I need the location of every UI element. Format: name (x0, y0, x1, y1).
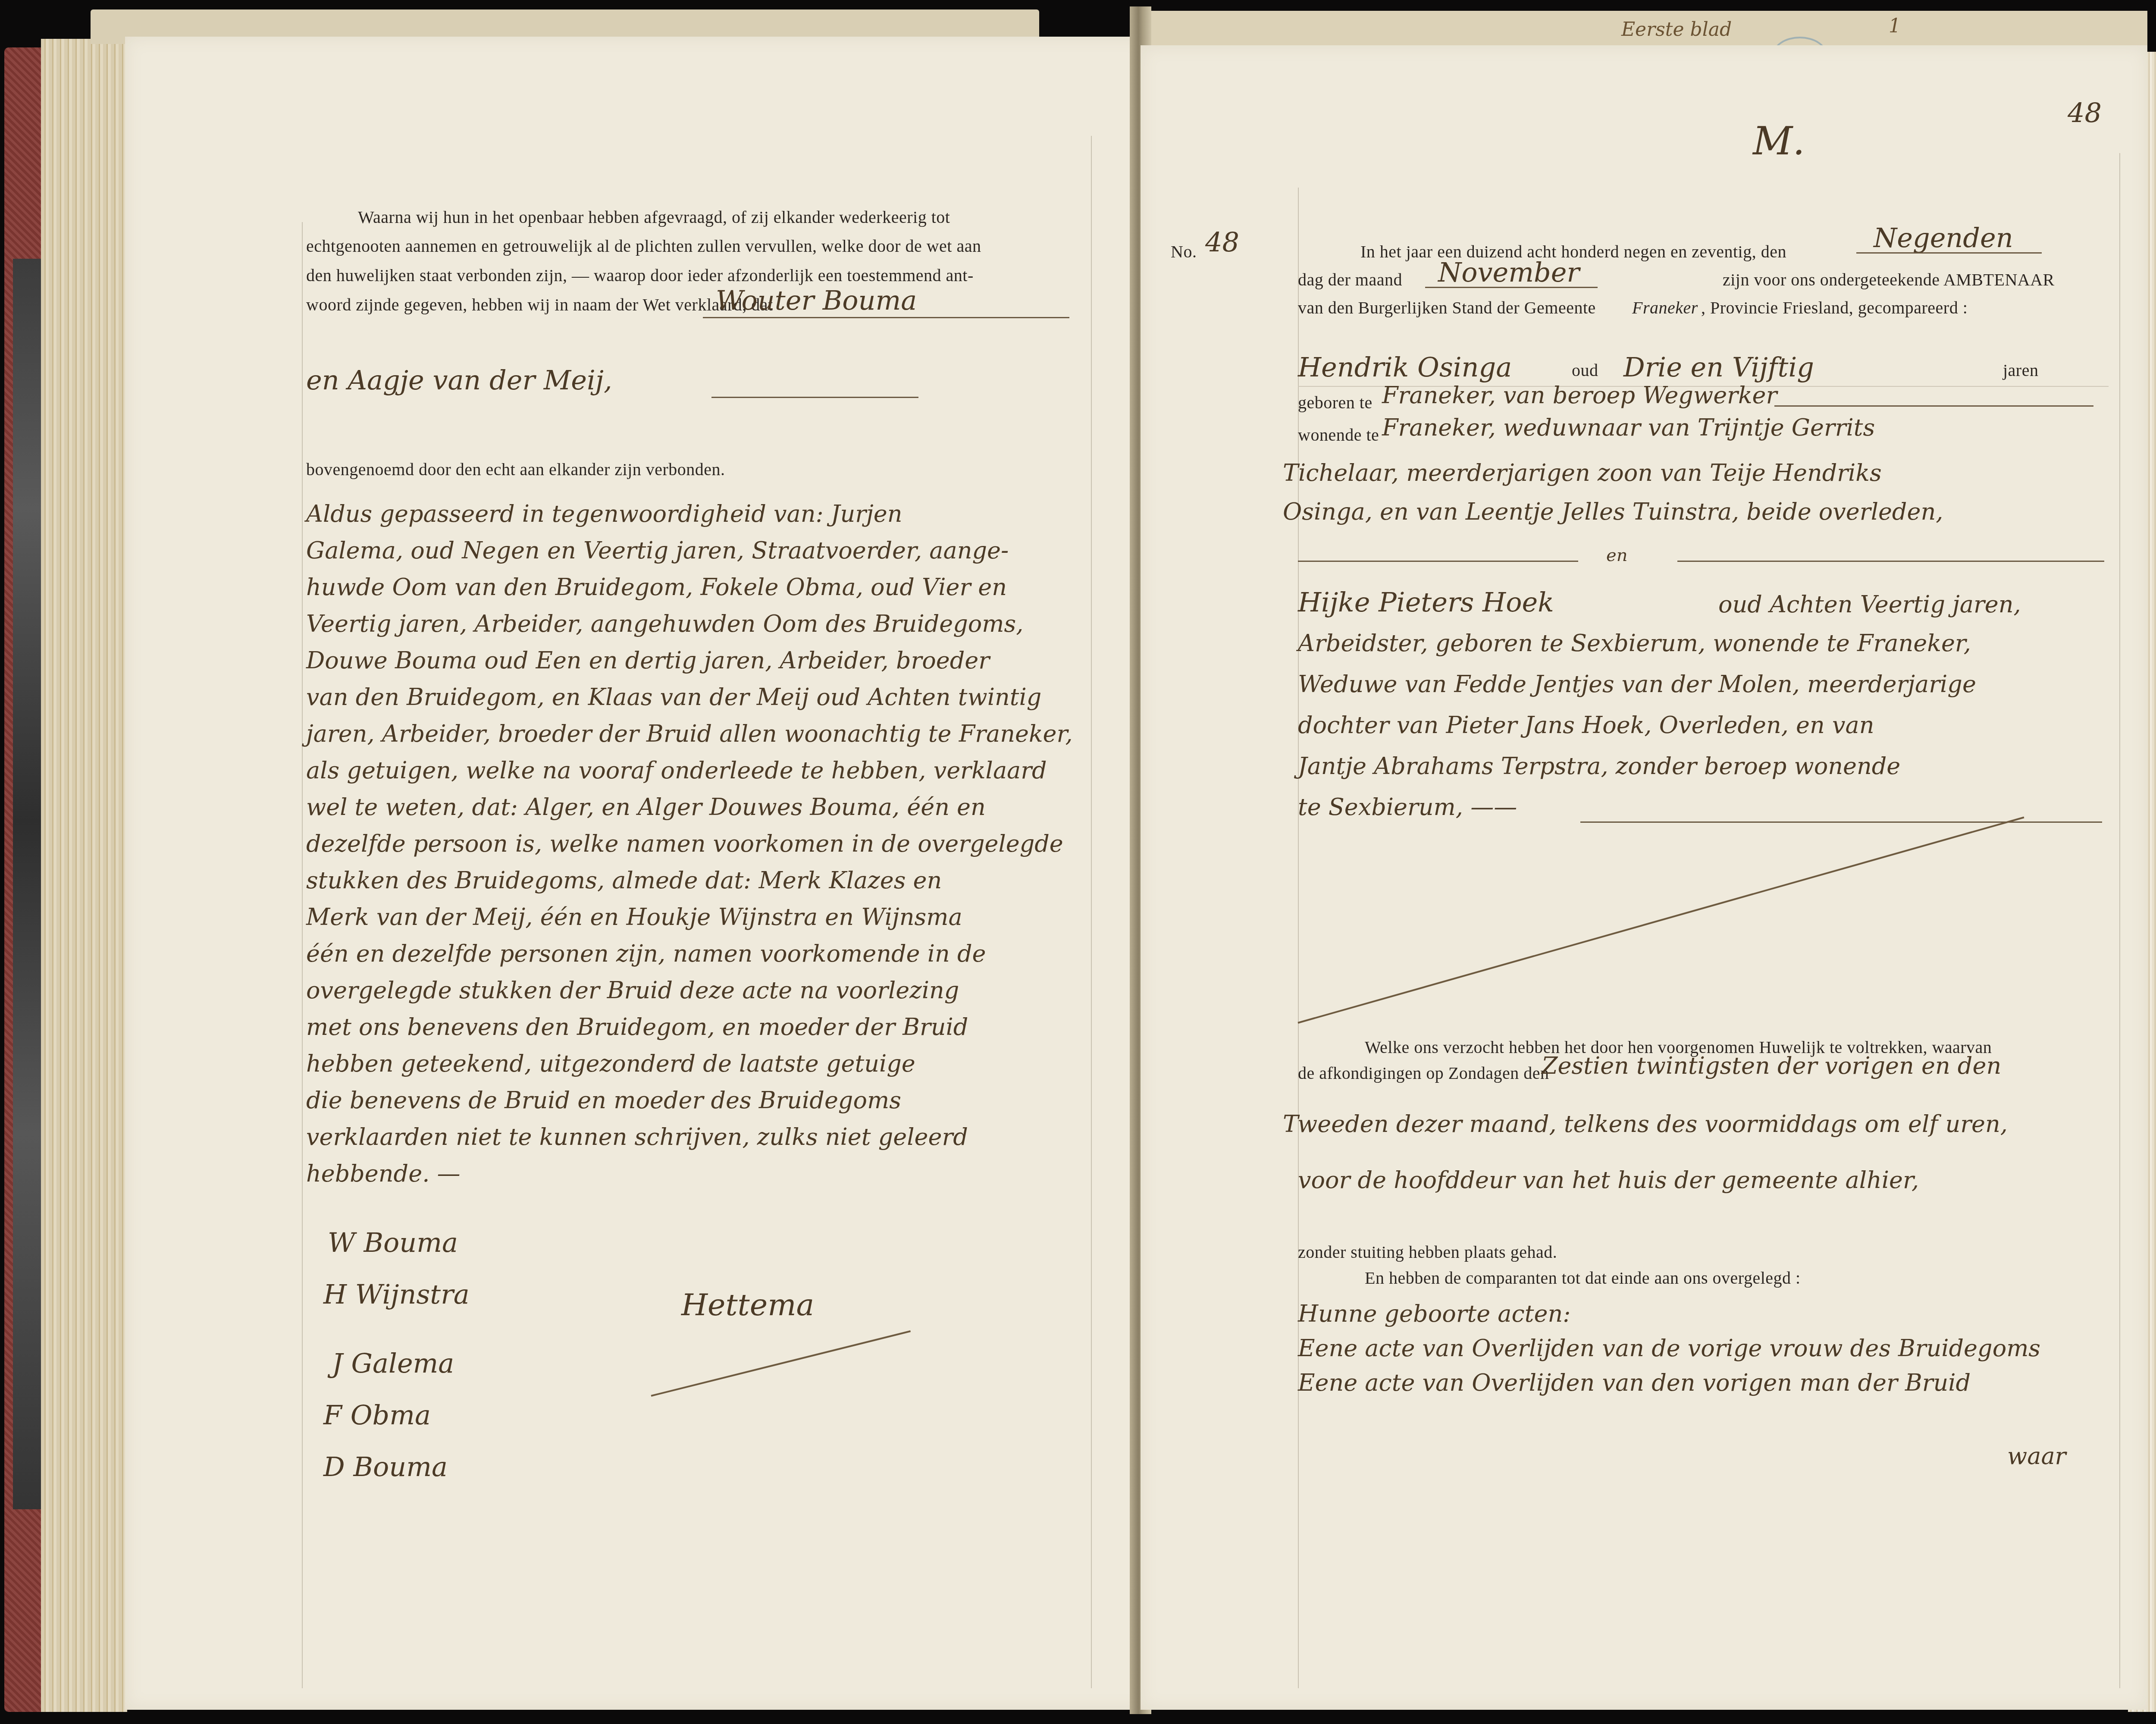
groom-age: Drie en Vijftig (1623, 351, 1814, 383)
void-diagonal-line (1297, 817, 2024, 1024)
banns-dates: Zestien twintigsten der vorigen en den (1542, 1052, 2001, 1079)
groom-line-4: Osinga, en van Leentje Jelles Tuinstra, … (1283, 498, 1943, 525)
left-page: Waarna wij hun in het openbaar hebben af… (125, 37, 1149, 1710)
body-line: huwde Oom van den Bruidegom, Fokele Obma… (306, 574, 1007, 601)
document-item: Hunne geboorte acten: (1298, 1300, 1570, 1327)
printed-line-4: woord zijnde gegeven, hebben wij in naam… (306, 295, 773, 315)
documents-intro: En hebben de comparanten tot dat einde a… (1365, 1268, 1801, 1288)
born-label: geboren te (1298, 392, 1373, 413)
body-line: Galema, oud Negen en Veertig jaren, Stra… (306, 537, 1009, 564)
fill-line (1580, 821, 2102, 823)
official-signature: Hettema (681, 1287, 814, 1323)
bride-line: dochter van Pieter Jans Hoek, Overleden,… (1298, 712, 1874, 739)
fill-line (711, 397, 918, 398)
groom-name: Wouter Bouma (716, 285, 917, 316)
and-label: en (1606, 545, 1627, 565)
signature: J Galema (332, 1348, 454, 1379)
month-value: November (1438, 257, 1579, 288)
fill-line (1677, 561, 2104, 562)
margin-rule (1298, 188, 1299, 1688)
signature: D Bouma (323, 1451, 448, 1483)
groom-name: Hendrik Osinga (1298, 351, 1512, 383)
bride-line: Weduwe van Fedde Jentjes van der Molen, … (1298, 671, 1976, 698)
printed-line-5: bovengenoemd door den echt aan elkander … (306, 459, 725, 480)
document-item: Eene acte van Overlijden van de vorige v… (1298, 1335, 2040, 1362)
body-line: jaren, Arbeider, broeder der Bruid allen… (306, 720, 1073, 747)
bride-name: en Aagje van der Meij, (306, 364, 612, 396)
catchword: waar (2007, 1442, 2066, 1470)
act-initials: M. (1753, 119, 1805, 164)
page-stack-left (41, 39, 127, 1712)
signature: H Wijnstra (323, 1279, 470, 1310)
years-label: jaren (2003, 360, 2038, 380)
signature-flourish (651, 1330, 911, 1397)
municipality: Franeker (1632, 298, 1698, 318)
bride-line: te Sexbierum, —— (1298, 793, 1517, 821)
fill-line (1298, 561, 1578, 562)
groom-birthplace: Franeker, van beroep Wegwerker (1382, 382, 1777, 409)
printed-line-1: Waarna wij hun in het openbaar hebben af… (358, 207, 950, 227)
body-line: met ons benevens den Bruidegom, en moede… (306, 1013, 968, 1041)
margin-rule (2119, 153, 2120, 1688)
fill-line (703, 317, 1069, 318)
bride-age: oud Achten Veertig jaren, (1718, 591, 2021, 618)
page-number: 48 (2068, 97, 2102, 129)
body-line: dezelfde persoon is, welke namen voorkom… (306, 830, 1063, 857)
body-line: Douwe Bouma oud Een en dertig jaren, Arb… (306, 647, 990, 674)
body-line: Aldus gepasseerd in tegenwoordigheid van… (306, 500, 903, 527)
body-line: als getuigen, welke na vooraf onderleede… (306, 757, 1047, 784)
banns-dates-3: voor de hoofddeur van het huis der gemee… (1298, 1166, 1919, 1194)
act-number: 48 (1205, 226, 1239, 258)
body-line: hebbende. — (306, 1160, 460, 1187)
bride-name: Hijke Pieters Hoek (1298, 586, 1554, 618)
body-line: Merk van der Meij, één en Houkje Wijnstr… (306, 903, 962, 931)
body-line: overgelegde stukken der Bruid deze acte … (306, 977, 959, 1004)
living-label: wonende te (1298, 425, 1379, 445)
body-line: stukken des Bruidegoms, almede dat: Merk… (306, 867, 942, 894)
signature: F Obma (323, 1399, 431, 1431)
printed-officer: zijn voor ons ondergeteekende AMBTENAAR (1723, 270, 2055, 290)
body-line: wel te weten, dat: Alger, en Alger Douwe… (306, 793, 986, 821)
right-page: 48 M. No. 48 In het jaar een duizend ach… (1141, 45, 2147, 1710)
document-item: Eene acte van Overlijden van den vorigen… (1298, 1369, 1971, 1396)
no-objection: zonder stuiting hebben plaats gehad. (1298, 1242, 1557, 1262)
tab-label: Eerste blad (1621, 19, 1732, 41)
margin-rule (302, 222, 303, 1688)
fill-line (1774, 405, 2093, 407)
signature: W Bouma (328, 1227, 458, 1258)
body-line: verklaarden niet te kunnen schrijven, zu… (306, 1123, 968, 1150)
banns-line-2: de afkondigingen op Zondagen den (1298, 1063, 1549, 1083)
registry-suffix: , Provincie Friesland, gecompareerd : (1701, 298, 1968, 318)
groom-line-3: Tichelaar, meerderjarigen zoon van Teije… (1283, 459, 1882, 486)
age-label: oud (1572, 360, 1598, 380)
groom-residence: Franeker, weduwnaar van Trijntje Gerrits (1382, 414, 1875, 441)
printed-line-3: den huwelijken staat verbonden zijn, — w… (306, 265, 974, 285)
day-value: Negenden (1874, 222, 2013, 254)
bride-line: Arbeidster, geboren te Sexbierum, wonend… (1298, 630, 1971, 657)
body-line: één en dezelfde personen zijn, namen voo… (306, 940, 986, 967)
fill-line (1856, 252, 2042, 254)
tab-mark: 1 (1889, 15, 1901, 37)
fill-line (1425, 287, 1598, 288)
bride-line: Jantje Abrahams Terpstra, zonder beroep … (1298, 752, 1900, 780)
act-number-label: No. (1171, 241, 1197, 262)
margin-rule (1091, 136, 1092, 1688)
banns-dates-2: Tweeden dezer maand, telkens des voormid… (1283, 1110, 2008, 1138)
registry-prefix: van den Burgerlijken Stand der Gemeente (1298, 298, 1596, 318)
body-line: die benevens de Bruid en moeder des Brui… (306, 1087, 901, 1114)
body-line: van den Bruidegom, en Klaas van der Meij… (306, 683, 1041, 711)
printed-line-2: echtgenooten aannemen en getrouwelijk al… (306, 236, 981, 256)
body-line: Veertig jaren, Arbeider, aangehuwden Oom… (306, 610, 1023, 637)
body-line: hebben geteekend, uitgezonderd de laatst… (306, 1050, 915, 1077)
month-prefix: dag der maand (1298, 270, 1402, 290)
